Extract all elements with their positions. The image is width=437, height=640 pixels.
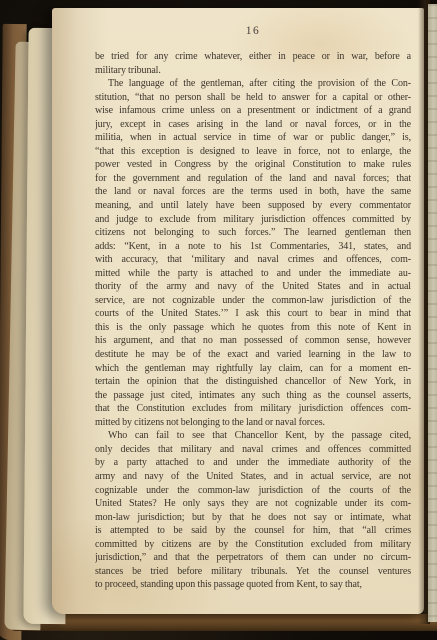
text-line: mitted while the party is attached to an… [95, 267, 411, 281]
text-line: wise infamous crime unless on a presentm… [95, 104, 411, 118]
text-line: meaning, and until lately have been supp… [95, 199, 411, 213]
text-line: power vested in Congress by the original… [95, 158, 411, 172]
text-line: jury, except in cases arising in the lan… [95, 118, 411, 132]
book-page: 16 be tried for any crime whatever, eith… [52, 8, 424, 614]
text-line: the passage just cited, intimates any su… [95, 389, 411, 403]
text-line: military tribunal. [95, 64, 411, 78]
text-line: “that this exception is designed to leav… [95, 145, 411, 159]
text-line: citizens not belonging to such forces.” … [95, 226, 411, 240]
text-line: thority of the army and navy of the Unit… [95, 280, 411, 294]
text-line: that the Constitution excludes from mili… [95, 402, 411, 416]
text-line: adds: “Kent, in a note to his 1st Commen… [95, 240, 411, 254]
text-line: his argument, and that no man possessed … [95, 334, 411, 348]
text-line: courts of the United States.’” I ask thi… [95, 307, 411, 321]
text-line: by a party attached to and under the imm… [95, 456, 411, 470]
page-number: 16 [95, 25, 411, 37]
text-line: this is the only passage which he quotes… [95, 321, 411, 335]
page-content-area: 16 be tried for any crime whatever, eith… [52, 8, 424, 614]
text-line: destitute he may be of the exact and var… [95, 348, 411, 362]
text-line: Who can fail to see that Chancellor Kent… [95, 429, 411, 443]
text-line: the land or naval forces are the terms u… [95, 185, 411, 199]
text-line: army and navy of the United States, and … [95, 470, 411, 484]
text-line: which the gentleman may rightfully lay c… [95, 362, 411, 376]
text-line: to proceed, standing upon this passage q… [95, 578, 411, 592]
text-line: cognizable under the common-law jurisdic… [95, 484, 411, 498]
text-line: mon-law jurisdiction; but by that he doe… [95, 511, 411, 525]
text-line: militia, when in actual service in time … [95, 131, 411, 145]
text-line: only decides that military and naval cri… [95, 443, 411, 457]
text-line: and judge to exclude from military juris… [95, 213, 411, 227]
book-cover-bottom-edge [8, 614, 437, 631]
facing-page-edge [428, 4, 437, 622]
text-line: stitution, “that no person shall be held… [95, 91, 411, 105]
text-line: is attempted to be said by the counsel f… [95, 524, 411, 538]
text-line: mitted by citizens not belonging to the … [95, 416, 411, 430]
text-line: jurisdiction,” and that the perpetrators… [95, 551, 411, 565]
text-line: The language of the gentleman, after cit… [95, 77, 411, 91]
text-line: tertain the opinion that the distinguish… [95, 375, 411, 389]
text-line: stances be tried before military tribuna… [95, 565, 411, 579]
text-line: United States? He only says they are not… [95, 497, 411, 511]
text-line: be tried for any crime whatever, either … [95, 50, 411, 64]
text-line: with accuracy, that ‘military and naval … [95, 253, 411, 267]
text-body: be tried for any crime whatever, either … [95, 50, 411, 592]
text-line: service, are not cognizable under the co… [95, 294, 411, 308]
text-line: committed by citizens are by the Constit… [95, 538, 411, 552]
text-line: for the government and regulation of the… [95, 172, 411, 186]
